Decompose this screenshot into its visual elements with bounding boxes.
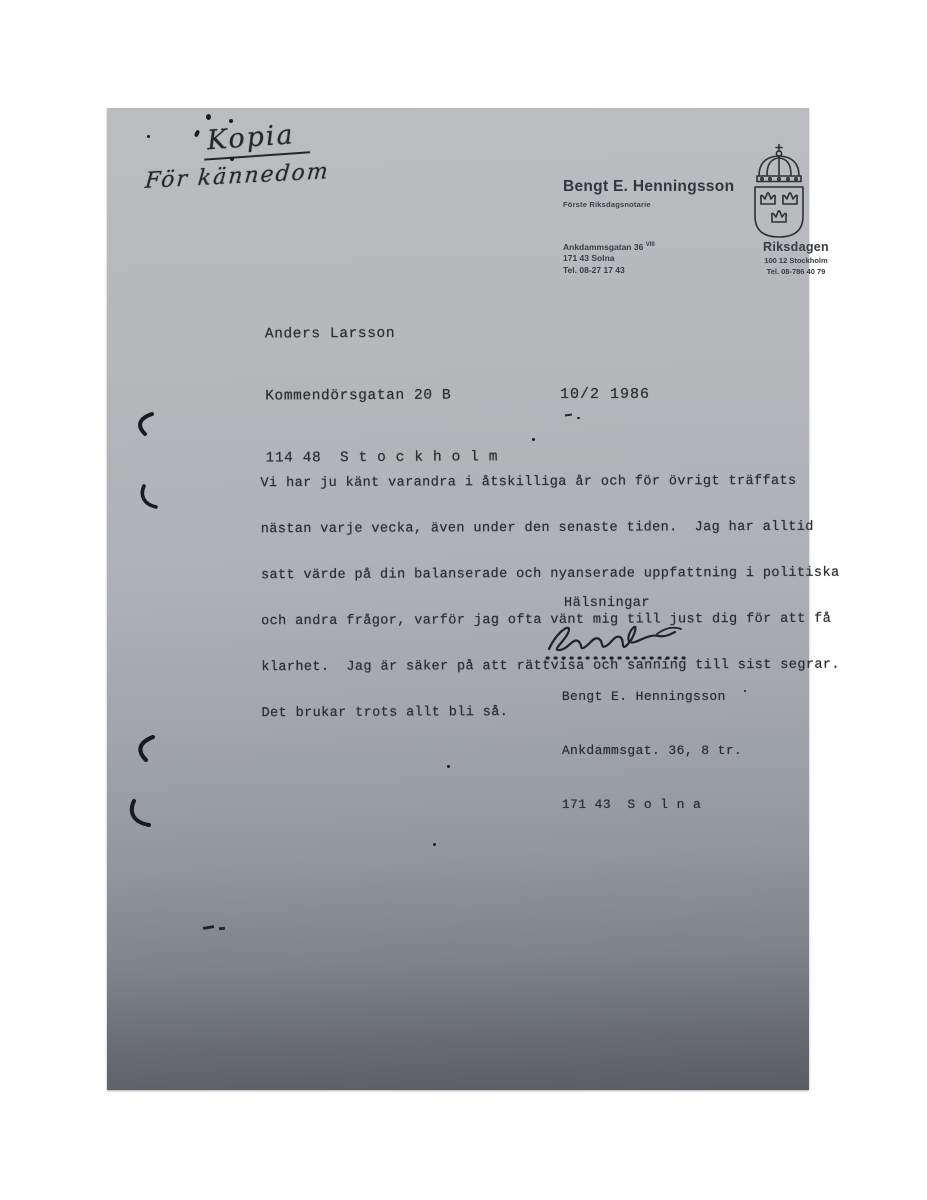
- ink-speck: [565, 414, 572, 417]
- sender-name: Bengt E. Henningsson: [562, 689, 726, 704]
- letter-page: Kopia För kännedom Bengt E. Henningsson …: [107, 108, 809, 1090]
- letterhead-sender-title: Förste Riksdagsnotarie: [563, 200, 651, 209]
- recipient-name: Anders Larsson: [265, 326, 395, 343]
- ink-speck: [206, 114, 211, 120]
- body-line: nästan varje vecka, även under den senas…: [261, 520, 814, 537]
- letterhead-street: Ankdammsgatan 36: [563, 242, 643, 252]
- ink-speck: [433, 843, 436, 846]
- margin-crescent-mark: [125, 798, 157, 830]
- handwritten-kopia-note: Kopia: [202, 118, 310, 160]
- body-line: Det brukar trots allt bli så.: [262, 705, 509, 721]
- stray-dash-mark: [219, 927, 225, 931]
- ink-speck: [447, 765, 450, 768]
- sender-street: Ankdammsgat. 36, 8 tr.: [562, 743, 742, 758]
- recipient-street: Kommendörsgatan 20 B: [265, 388, 451, 405]
- ink-speck: [147, 135, 150, 138]
- letterhead-address-block: Ankdammsgatan 36 VIII 171 43 Solna Tel. …: [563, 240, 655, 276]
- letterhead-phone: Tel. 08-27 17 43: [563, 265, 625, 275]
- ink-speck: [577, 417, 580, 419]
- ink-speck: [194, 129, 201, 137]
- riksdagen-phone: Tel. 08-786 40 79: [767, 267, 826, 276]
- sender-city: 171 43 S o l n a: [562, 797, 701, 812]
- tre-kronor-crest-icon: [743, 143, 815, 243]
- sender-address-block: Bengt E. Henningsson Ankdammsgat. 36, 8 …: [529, 656, 742, 845]
- date-line: 10/2 1986: [560, 386, 650, 403]
- margin-crescent-mark: [137, 483, 161, 511]
- stray-dash-mark: [203, 925, 214, 930]
- margin-crescent-mark: [131, 411, 157, 439]
- letterhead-street-floor: VIII: [646, 242, 655, 248]
- riksdagen-address-block: Riksdagen 100 12 Stockholm Tel. 08-786 4…: [741, 240, 851, 277]
- handwritten-for-kannedom-note: För kännedom: [144, 159, 331, 194]
- body-line: Vi har ju känt varandra i åtskilliga år …: [260, 474, 796, 491]
- letterhead-postal: 171 43 Solna: [563, 253, 615, 263]
- riksdagen-postal: 100 12 Stockholm: [764, 256, 827, 265]
- body-line: satt värde på din balanserade och nyanse…: [261, 566, 840, 584]
- salutation: Hälsningar: [564, 596, 650, 611]
- letterhead-sender-name: Bengt E. Henningsson: [563, 178, 734, 196]
- riksdagen-name: Riksdagen: [741, 240, 851, 254]
- ink-speck: [229, 119, 233, 123]
- ink-speck: [230, 157, 234, 161]
- ink-speck: [744, 690, 746, 692]
- riksdagen-address-lines: 100 12 Stockholm Tel. 08-786 40 79: [741, 256, 851, 277]
- margin-crescent-mark: [131, 734, 159, 764]
- ink-speck: [532, 438, 535, 441]
